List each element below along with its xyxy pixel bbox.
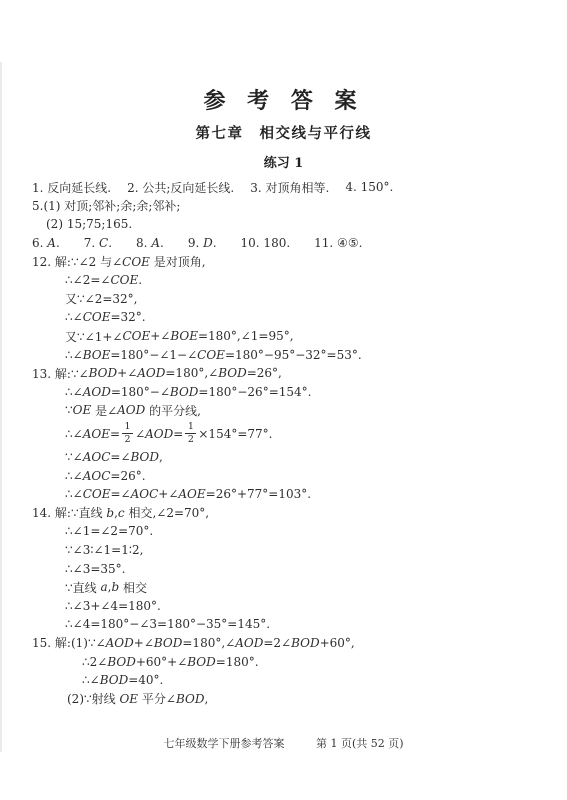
answer-line: 13. 解:∵∠BOD+∠AOD=180°,∠BOD=26°,	[32, 364, 543, 383]
fraction-numerator: 1	[122, 422, 133, 434]
answer-item: 11. ④⑤.	[314, 236, 362, 250]
answer-line: (2)∵射线 OE 平分∠BOD,	[67, 689, 543, 708]
answer-line: 又∵∠2=32°,	[65, 290, 543, 309]
document-page: { "page": { "title": "参 考 答 案", "chapter…	[0, 0, 567, 800]
answer-line: ∵∠3∶∠1=1∶2,	[65, 541, 543, 560]
answer-line: 6. A.7. C.8. A.9. D.10. 180.11. ④⑤.	[32, 234, 543, 253]
answer-line: ∴∠AOC=26°.	[65, 466, 543, 485]
answer-line: ∴∠2=∠COE.	[65, 271, 543, 290]
answer-item: 1. 反向延长线.	[32, 179, 111, 196]
answer-line: ∴2∠BOD+60°+∠BOD=180°.	[82, 652, 543, 671]
answer-line: ∵∠AOC=∠BOD,	[65, 448, 543, 467]
answer-line: 12. 解:∵∠2 与∠COE 是对顶角,	[32, 252, 543, 271]
answer-line: 15. 解:(1)∵∠AOD+∠BOD=180°,∠AOD=2∠BOD+60°,	[32, 634, 543, 653]
page-header: 参 考 答 案 第七章 相交线与平行线 练习 1	[0, 88, 567, 172]
footer-page-number: 第 1 页(共 52 页)	[316, 737, 404, 750]
answer-line: ∵OE 是∠AOD 的平分线,	[65, 401, 543, 420]
answer-line: ∴∠1=∠2=70°.	[65, 522, 543, 541]
fraction: 12	[185, 422, 196, 445]
scan-edge-artifact	[0, 62, 2, 752]
answer-line: 又∵∠1+∠COE+∠BOE=180°,∠1=95°,	[65, 327, 543, 346]
answer-line: ∴∠BOD=40°.	[82, 671, 543, 690]
answer-line: (2) 15;75;165.	[46, 215, 543, 234]
answer-line: ∴∠AOD=180°−∠BOD=180°−26°=154°.	[65, 383, 543, 402]
section-heading: 练习 1	[0, 155, 567, 172]
answer-line: ∴∠BOE=180°−∠1−∠COE=180°−95°−32°=53°.	[65, 345, 543, 364]
answer-item: 6. A.	[32, 236, 60, 250]
answer-item: 9. D.	[188, 236, 217, 250]
formula-text: ∠AOD=	[135, 427, 183, 441]
formula-text: ∴∠AOE=	[65, 427, 120, 441]
fraction-denominator: 2	[125, 434, 131, 445]
answer-item: 4. 150°.	[345, 180, 393, 194]
answer-line: ∵直线 a,b 相交	[65, 578, 543, 597]
answer-item: 2. 公共;反向延长线.	[127, 179, 234, 196]
answer-line: ∴∠COE=32°.	[65, 308, 543, 327]
answers-content: 1. 反向延长线.2. 公共;反向延长线.3. 对顶角相等.4. 150°.5.…	[0, 178, 567, 708]
footer-book-title: 七年级数学下册参考答案	[163, 737, 284, 750]
answer-line: ∴∠3=35°.	[65, 559, 543, 578]
answer-item: 8. A.	[136, 236, 164, 250]
formula-text: ×154°=77°.	[198, 427, 272, 441]
answer-line: ∴∠COE=∠AOC+∠AOE=26°+77°=103°.	[65, 485, 543, 504]
page-title: 参 考 答 案	[0, 88, 567, 114]
answer-line: 1. 反向延长线.2. 公共;反向延长线.3. 对顶角相等.4. 150°.	[32, 178, 543, 197]
answer-item: 7. C.	[84, 236, 112, 250]
fraction: 12	[122, 422, 133, 445]
fraction-numerator: 1	[185, 422, 196, 434]
answer-line: 14. 解:∵直线 b,c 相交,∠2=70°,	[32, 504, 543, 523]
answer-line: ∴∠AOE=12∠AOD=12×154°=77°.	[65, 420, 543, 448]
answer-line: ∴∠3+∠4=180°.	[65, 596, 543, 615]
chapter-heading: 第七章 相交线与平行线	[0, 125, 567, 143]
fraction-denominator: 2	[188, 434, 194, 445]
answer-line: 5.(1) 对顶;邻补;余;余;邻补;	[32, 197, 543, 216]
answer-item: 3. 对顶角相等.	[250, 179, 329, 196]
answer-line: ∴∠4=180°−∠3=180°−35°=145°.	[65, 615, 543, 634]
page-footer: 七年级数学下册参考答案 第 1 页(共 52 页)	[0, 735, 567, 751]
answer-item: 10. 180.	[241, 236, 291, 250]
